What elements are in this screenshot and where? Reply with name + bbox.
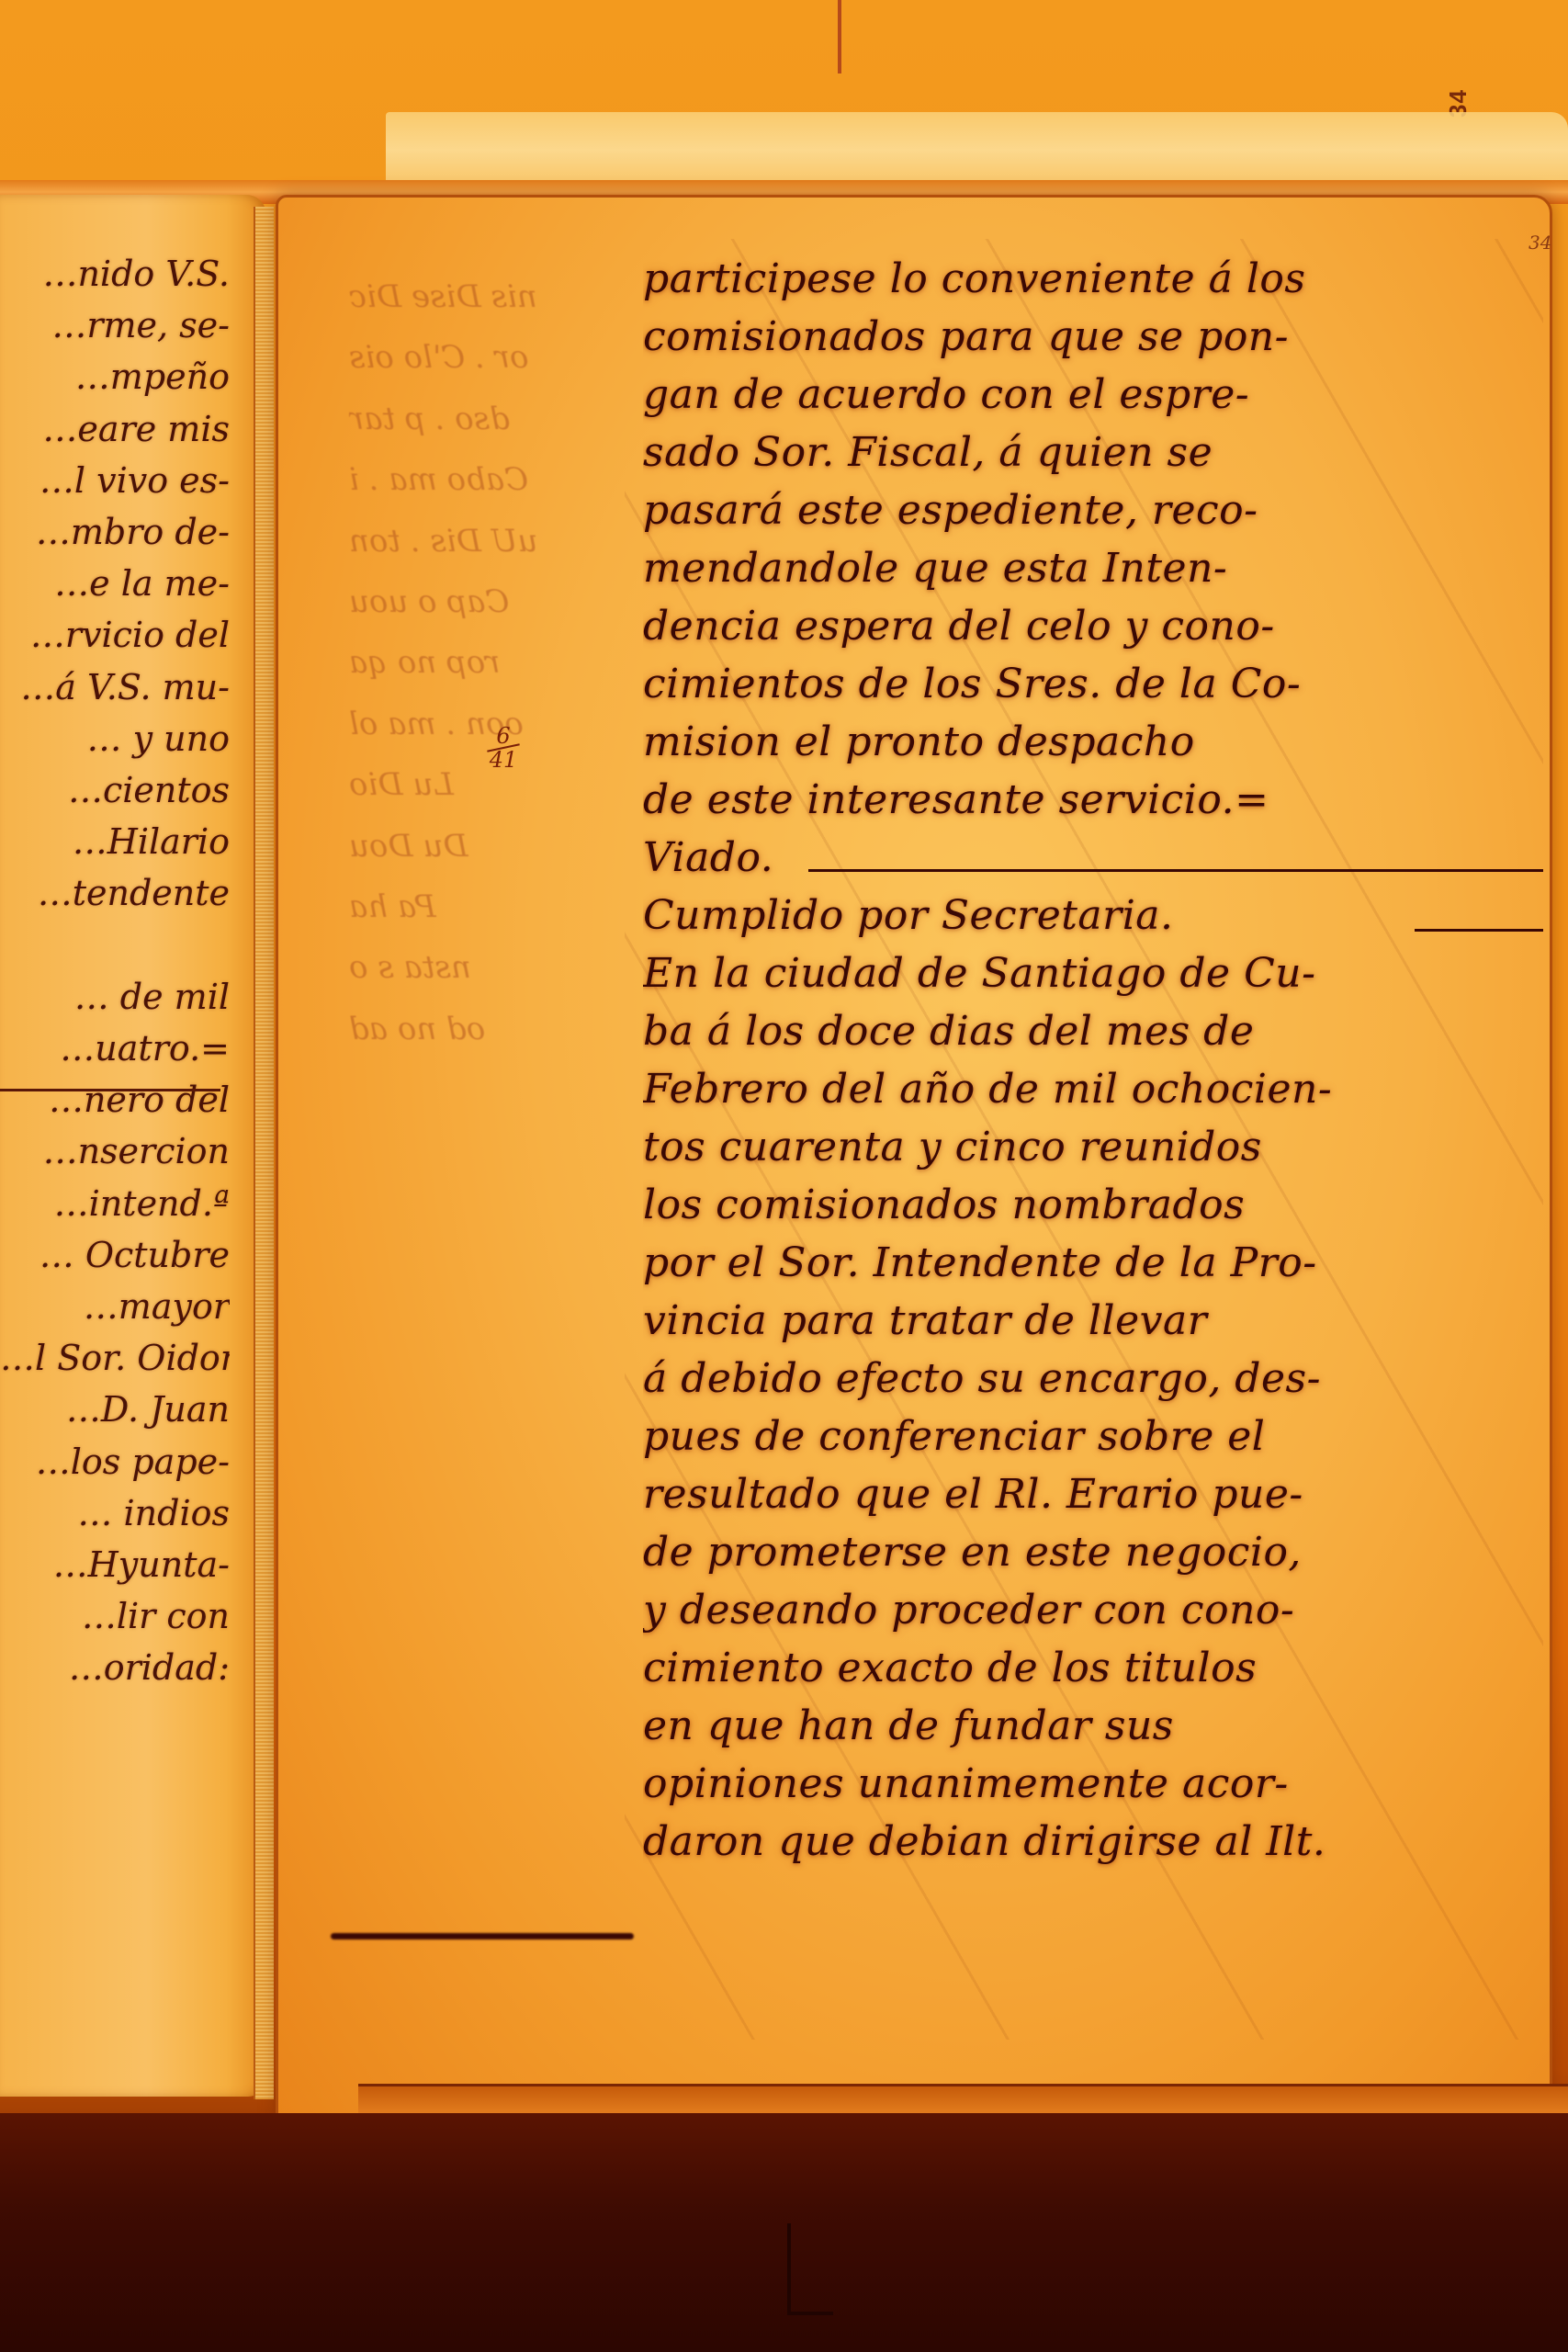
left-line: …Hyunta- bbox=[0, 1539, 230, 1590]
main-line: de este interesante servicio.= bbox=[643, 771, 1552, 829]
left-line: …l vivo es- bbox=[0, 455, 230, 506]
left-line: … indios bbox=[0, 1487, 230, 1539]
bleed-through-text: nis Dise Dic or . C'lo ois dso . p tar C… bbox=[349, 266, 652, 1059]
main-line: los comisionados nombrados bbox=[643, 1176, 1552, 1234]
left-line: …e la me- bbox=[0, 558, 230, 609]
bleed-line: Pa ha bbox=[349, 876, 652, 937]
left-line: …mayor bbox=[0, 1281, 230, 1332]
bleed-line: nis Dise Dic bbox=[349, 266, 652, 327]
left-line: …lir con bbox=[0, 1590, 230, 1642]
left-line: …oridad: bbox=[0, 1642, 230, 1693]
bleed-line: nsta s o bbox=[349, 937, 652, 998]
book-spine bbox=[254, 207, 274, 2099]
film-dark-margin bbox=[0, 2113, 1568, 2352]
main-line: pues de conferenciar sobre el bbox=[643, 1408, 1552, 1465]
main-line: mision el pronto despacho bbox=[643, 713, 1552, 771]
main-line: dencia espera del celo y cono- bbox=[643, 597, 1552, 655]
folio-denominator: 41 bbox=[487, 750, 520, 770]
film-corner-mark-horizontal bbox=[787, 2312, 833, 2315]
left-line: …nero del bbox=[0, 1074, 230, 1125]
bleed-through-rule bbox=[331, 1933, 634, 1939]
main-line: cimiento exacto de los titulos bbox=[643, 1639, 1552, 1697]
left-line: … Octubre bbox=[0, 1229, 230, 1281]
left-line: … de mil bbox=[0, 971, 230, 1023]
signature-line-viado: Viado. bbox=[643, 829, 1552, 887]
left-line: …D. Juan bbox=[0, 1384, 230, 1435]
main-line: pasará este espediente, reco- bbox=[643, 481, 1552, 539]
left-line: …á V.S. mu- bbox=[0, 661, 230, 713]
main-line: ba á los doce dias del mes de bbox=[643, 1002, 1552, 1060]
bleed-line: rop no qa bbox=[349, 632, 652, 693]
left-line: …rvicio del bbox=[0, 609, 230, 661]
main-line: de prometerse en este negocio, bbox=[643, 1523, 1552, 1581]
main-line: gan de acuerdo con el espre- bbox=[643, 366, 1552, 424]
left-line: …los pape- bbox=[0, 1436, 230, 1487]
main-line: por el Sor. Intendente de la Pro- bbox=[643, 1234, 1552, 1292]
left-line: …eare mis bbox=[0, 403, 230, 455]
left-line-blank bbox=[0, 920, 230, 971]
left-line: …intend.ª bbox=[0, 1178, 230, 1229]
left-line: …tendente bbox=[0, 867, 230, 919]
bleed-line: Cap o uou bbox=[349, 571, 652, 632]
left-line: …l Sor. Oidor bbox=[0, 1332, 230, 1384]
main-line: daron que debian dirigirse al Ilt. bbox=[643, 1813, 1552, 1871]
left-line: …mbro de- bbox=[0, 506, 230, 558]
folio-numerator: 6 bbox=[487, 726, 520, 746]
film-corner-mark bbox=[787, 2223, 791, 2315]
main-line: mendandole que esta Inten- bbox=[643, 539, 1552, 597]
main-line: En la ciudad de Santiago de Cu- bbox=[643, 944, 1552, 1002]
folio-fraction-mark: 6 41 bbox=[487, 726, 520, 770]
film-registration-mark bbox=[838, 0, 841, 73]
main-line-cumplido: Cumplido por Secretaria. bbox=[643, 887, 1552, 944]
left-line: …cientos bbox=[0, 764, 230, 816]
bleed-line: Cabo ma . i bbox=[349, 449, 652, 510]
main-line: comisionados para que se pon- bbox=[643, 308, 1552, 366]
left-line: …nido V.S. bbox=[0, 248, 230, 300]
main-line: participese lo conveniente á los bbox=[643, 250, 1552, 308]
bleed-line: Du Dou bbox=[349, 816, 652, 876]
main-line: Febrero del año de mil ochocien- bbox=[643, 1060, 1552, 1118]
main-line: opiniones unanimemente acor- bbox=[643, 1755, 1552, 1813]
main-line: cimientos de los Sres. de la Co- bbox=[643, 655, 1552, 713]
main-line: sado Sor. Fiscal, á quien se bbox=[643, 424, 1552, 481]
left-page-text: …nido V.S. …rme, se- …mpeño …eare mis …l… bbox=[0, 248, 248, 1694]
main-line: resultado que el Rl. Erario pue- bbox=[643, 1465, 1552, 1523]
main-handwritten-text: participese lo conveniente á los comisio… bbox=[643, 250, 1552, 1871]
left-line: …Hilario bbox=[0, 816, 230, 867]
left-page-divider-rule bbox=[0, 1089, 220, 1091]
bleed-line: od no ad bbox=[349, 999, 652, 1059]
left-line: …uatro.= bbox=[0, 1023, 230, 1074]
left-line: …mpeño bbox=[0, 351, 230, 402]
left-line: … y uno bbox=[0, 713, 230, 764]
main-line: á debido efecto su encargo, des- bbox=[643, 1350, 1552, 1408]
bleed-line: or . C'lo ois bbox=[349, 327, 652, 388]
left-line: …rme, se- bbox=[0, 300, 230, 351]
bleed-line: uU Dis . ton bbox=[349, 511, 652, 571]
bleed-line: dso . p tar bbox=[349, 389, 652, 449]
main-line: en que han de fundar sus bbox=[643, 1697, 1552, 1755]
left-line: …nsercion bbox=[0, 1125, 230, 1177]
main-line: tos cuarenta y cinco reunidos bbox=[643, 1118, 1552, 1176]
main-line: vincia para tratar de llevar bbox=[643, 1292, 1552, 1350]
main-line: y deseando proceder con cono- bbox=[643, 1581, 1552, 1639]
